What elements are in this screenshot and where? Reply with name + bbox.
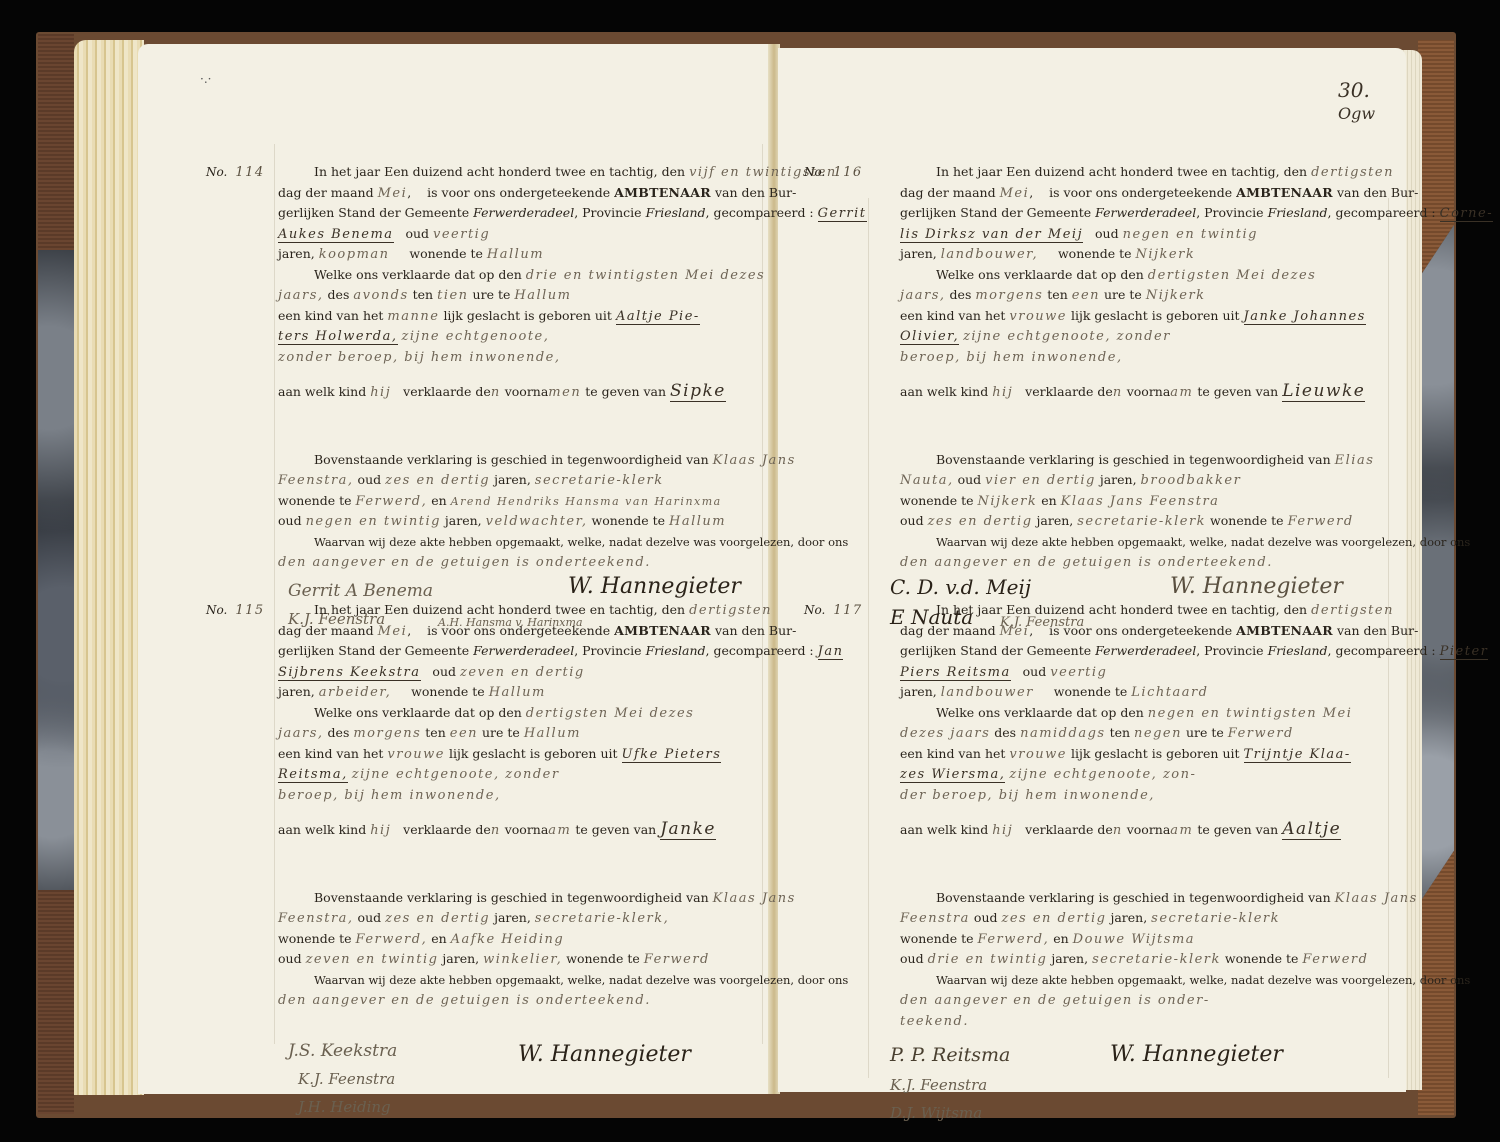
page-edges-left bbox=[74, 40, 144, 1095]
page-annotation: Ogw bbox=[1338, 104, 1375, 123]
birth-entry-114: No.114 In het jaar Een duizend acht hond… bbox=[278, 162, 768, 573]
page-number: 30. bbox=[1338, 78, 1370, 102]
official-signature: W. Hannegieter bbox=[1110, 1045, 1283, 1066]
official-signature: W. Hannegieter bbox=[1170, 577, 1343, 598]
birth-entry-115: No.115 In het jaar Een duizend acht hond… bbox=[278, 600, 768, 1011]
entry-number: No.117 bbox=[804, 600, 863, 622]
official-signature: W. Hannegieter bbox=[518, 1045, 691, 1066]
entry-number: No.116 bbox=[804, 162, 863, 184]
signature: J.S. Keekstra bbox=[288, 1041, 397, 1062]
margin-rule bbox=[274, 144, 275, 1044]
signature: Gerrit A Benema bbox=[288, 581, 433, 602]
marbled-board-right bbox=[1418, 225, 1454, 905]
birth-entry-117: No.117 In het jaar Een duizend acht hond… bbox=[900, 600, 1390, 1031]
marbled-board-left bbox=[38, 250, 74, 890]
official-signature: W. Hannegieter bbox=[568, 577, 741, 598]
signature: K.J. Feenstra bbox=[298, 1069, 395, 1090]
birth-entry-116: No.116 In het jaar Een duizend acht hond… bbox=[900, 162, 1390, 573]
ink-specks: ·.· bbox=[200, 72, 211, 86]
margin-rule bbox=[868, 198, 869, 1078]
signature: C. D. v.d. Meij bbox=[890, 577, 1031, 598]
signature: D.J. Wijtsma bbox=[890, 1103, 982, 1124]
signature: J.H. Heiding bbox=[298, 1097, 391, 1118]
entry-number: No.115 bbox=[206, 600, 265, 622]
signature: K.J. Feenstra bbox=[890, 1075, 987, 1096]
entry-number: No.114 bbox=[206, 162, 265, 184]
signature: P. P. Reitsma bbox=[890, 1045, 1010, 1066]
